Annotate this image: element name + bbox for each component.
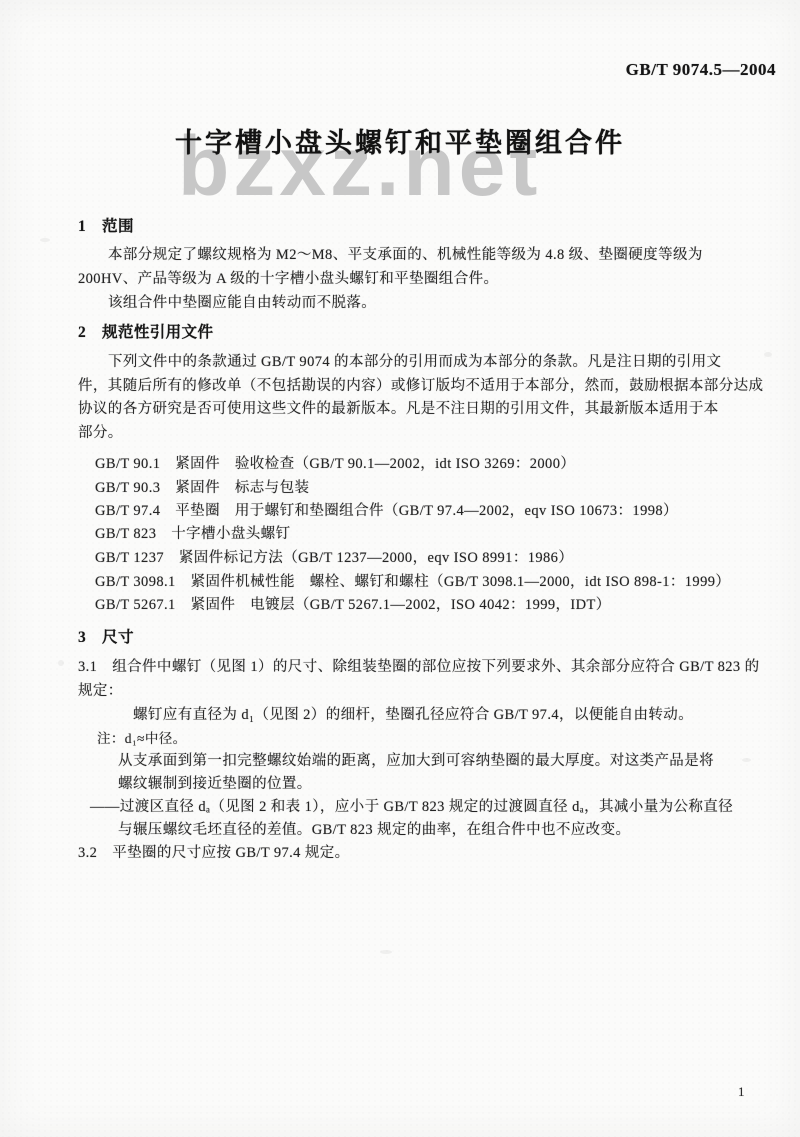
- reference-item: GB/T 90.3 紧固件 标志与包装: [95, 476, 309, 497]
- dimensions-line: 从支承面到第一扣完整螺纹始端的距离，应加大到可容纳垫圈的最大厚度。对这类产品是将: [118, 749, 714, 770]
- dimensions-line: 螺纹辗制到接近垫圈的位置。: [118, 772, 312, 793]
- section-heading-normative-references: 2 规范性引用文件: [78, 320, 213, 342]
- reference-item: GB/T 1237 紧固件标记方法（GB/T 1237—2000，eqv ISO…: [95, 546, 573, 567]
- reference-item: GB/T 90.1 紧固件 验收检查（GB/T 90.1—2002，idt IS…: [95, 452, 575, 473]
- normative-intro-line: 件，其随后所有的修改单（不包括勘误的内容）或修订版均不适用于本部分，然而，鼓励根…: [78, 374, 763, 395]
- dimensions-line: 3.2 平垫圈的尺寸应按 GB/T 97.4 规定。: [78, 841, 350, 862]
- document-body: 1 范围 本部分规定了螺纹规格为 M2～M8、平支承面的、机械性能等级为 4.8…: [0, 0, 800, 1137]
- scope-line: 200HV、产品等级为 A 级的十字槽小盘头螺钉和平垫圈组合件。: [78, 267, 498, 288]
- section-heading-dimensions: 3 尺寸: [78, 625, 134, 647]
- dimensions-line: 螺钉应有直径为 d₁（见图 2）的细杆，垫圈孔径应符合 GB/T 97.4，以便…: [133, 703, 693, 724]
- normative-intro-line: 协议的各方研究是否可使用这些文件的最新版本。凡是不注日期的引用文件，其最新版本适…: [78, 397, 719, 418]
- scope-line: 该组合件中垫圈应能自由转动而不脱落。: [108, 291, 376, 312]
- section-heading-scope: 1 范围: [78, 214, 134, 236]
- dimensions-note-line: 注：d₁≈中径。: [97, 727, 187, 747]
- dimensions-line: 规定：: [78, 679, 123, 700]
- normative-intro-line: 下列文件中的条款通过 GB/T 9074 的本部分的引用而成为本部分的条款。凡是…: [108, 350, 721, 371]
- standard-code: GB/T 9074.5—2004: [626, 60, 776, 80]
- dimensions-line: ——过渡区直径 dₐ（见图 2 和表 1），应小于 GB/T 823 规定的过渡…: [90, 795, 733, 816]
- dimensions-line: 与辗压螺纹毛坯直径的差值。GB/T 823 规定的曲率，在组合件中也不应改变。: [118, 818, 630, 839]
- scanned-page: GB/T 9074.5—2004 bzxz.net 十字槽小盘头螺钉和平垫圈组合…: [0, 0, 800, 1137]
- reference-item: GB/T 823 十字槽小盘头螺钉: [95, 522, 290, 543]
- scope-line: 本部分规定了螺纹规格为 M2～M8、平支承面的、机械性能等级为 4.8 级、垫圈…: [108, 243, 703, 264]
- dimensions-line: 3.1 组合件中螺钉（见图 1）的尺寸、除组装垫圈的部位应按下列要求外、其余部分…: [78, 655, 760, 676]
- reference-item: GB/T 97.4 平垫圈 用于螺钉和垫圈组合件（GB/T 97.4—2002，…: [95, 499, 678, 520]
- normative-intro-line: 部分。: [78, 421, 123, 442]
- reference-item: GB/T 3098.1 紧固件机械性能 螺栓、螺钉和螺柱（GB/T 3098.1…: [95, 570, 730, 591]
- reference-item: GB/T 5267.1 紧固件 电镀层（GB/T 5267.1—2002，ISO…: [95, 593, 611, 614]
